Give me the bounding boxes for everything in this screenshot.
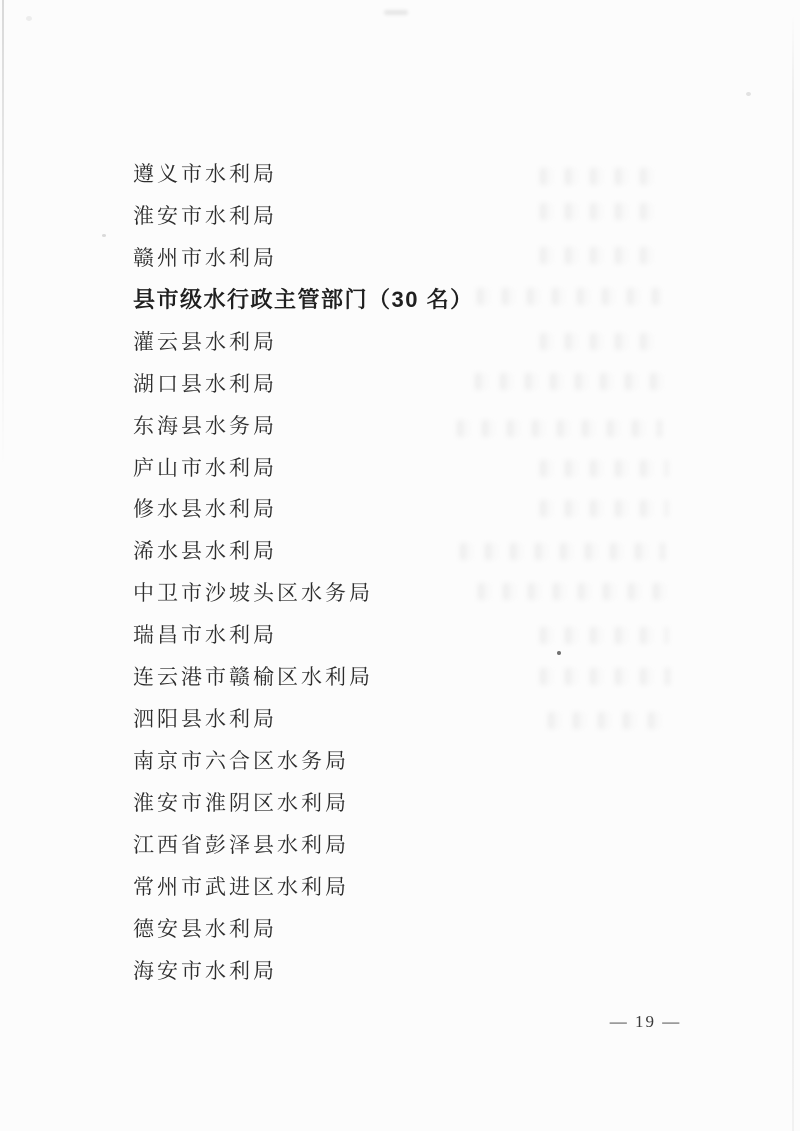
- list-item: 瑞昌市水利局: [133, 613, 593, 655]
- list-item: 淮安市淮阴区水利局: [133, 781, 593, 823]
- list-item: 灌云县水利局: [133, 320, 593, 362]
- list-item: 淮安市水利局: [133, 194, 593, 236]
- list-item: 修水县水利局: [133, 488, 593, 530]
- list-item: 浠水县水利局: [133, 529, 593, 571]
- list-item: 湖口县水利局: [133, 362, 593, 404]
- scanned-page: 遵义市水利局淮安市水利局赣州市水利局 县市级水行政主管部门（30 名） 灌云县水…: [0, 0, 800, 1131]
- leading-entries-group: 遵义市水利局淮安市水利局赣州市水利局: [133, 152, 593, 278]
- list-item: 庐山市水利局: [133, 446, 593, 488]
- list-item: 南京市六合区水务局: [133, 739, 593, 781]
- list-item: 东海县水务局: [133, 404, 593, 446]
- list-item: 赣州市水利局: [133, 236, 593, 278]
- list-item: 德安县水利局: [133, 907, 593, 949]
- ink-speck: [102, 234, 106, 237]
- list-item: 海安市水利局: [133, 949, 593, 991]
- list-item: 中卫市沙坡头区水务局: [133, 571, 593, 613]
- page-number: — 19 —: [583, 1012, 708, 1032]
- section-heading: 县市级水行政主管部门（30 名）: [133, 278, 593, 320]
- scan-edge-right: [792, 14, 794, 1131]
- list-item: 连云港市赣榆区水利局: [133, 655, 593, 697]
- list-item: 遵义市水利局: [133, 152, 593, 194]
- bureau-list: 遵义市水利局淮安市水利局赣州市水利局 县市级水行政主管部门（30 名） 灌云县水…: [133, 152, 593, 991]
- scan-edge-left: [2, 0, 4, 470]
- scan-smudge: [384, 10, 408, 15]
- entries-group: 灌云县水利局湖口县水利局东海县水务局庐山市水利局修水县水利局浠水县水利局中卫市沙…: [133, 320, 593, 991]
- ink-speck: [746, 92, 751, 96]
- list-item: 江西省彭泽县水利局: [133, 823, 593, 865]
- list-item: 泗阳县水利局: [133, 697, 593, 739]
- ink-speck: [26, 16, 32, 21]
- list-item: 常州市武进区水利局: [133, 865, 593, 907]
